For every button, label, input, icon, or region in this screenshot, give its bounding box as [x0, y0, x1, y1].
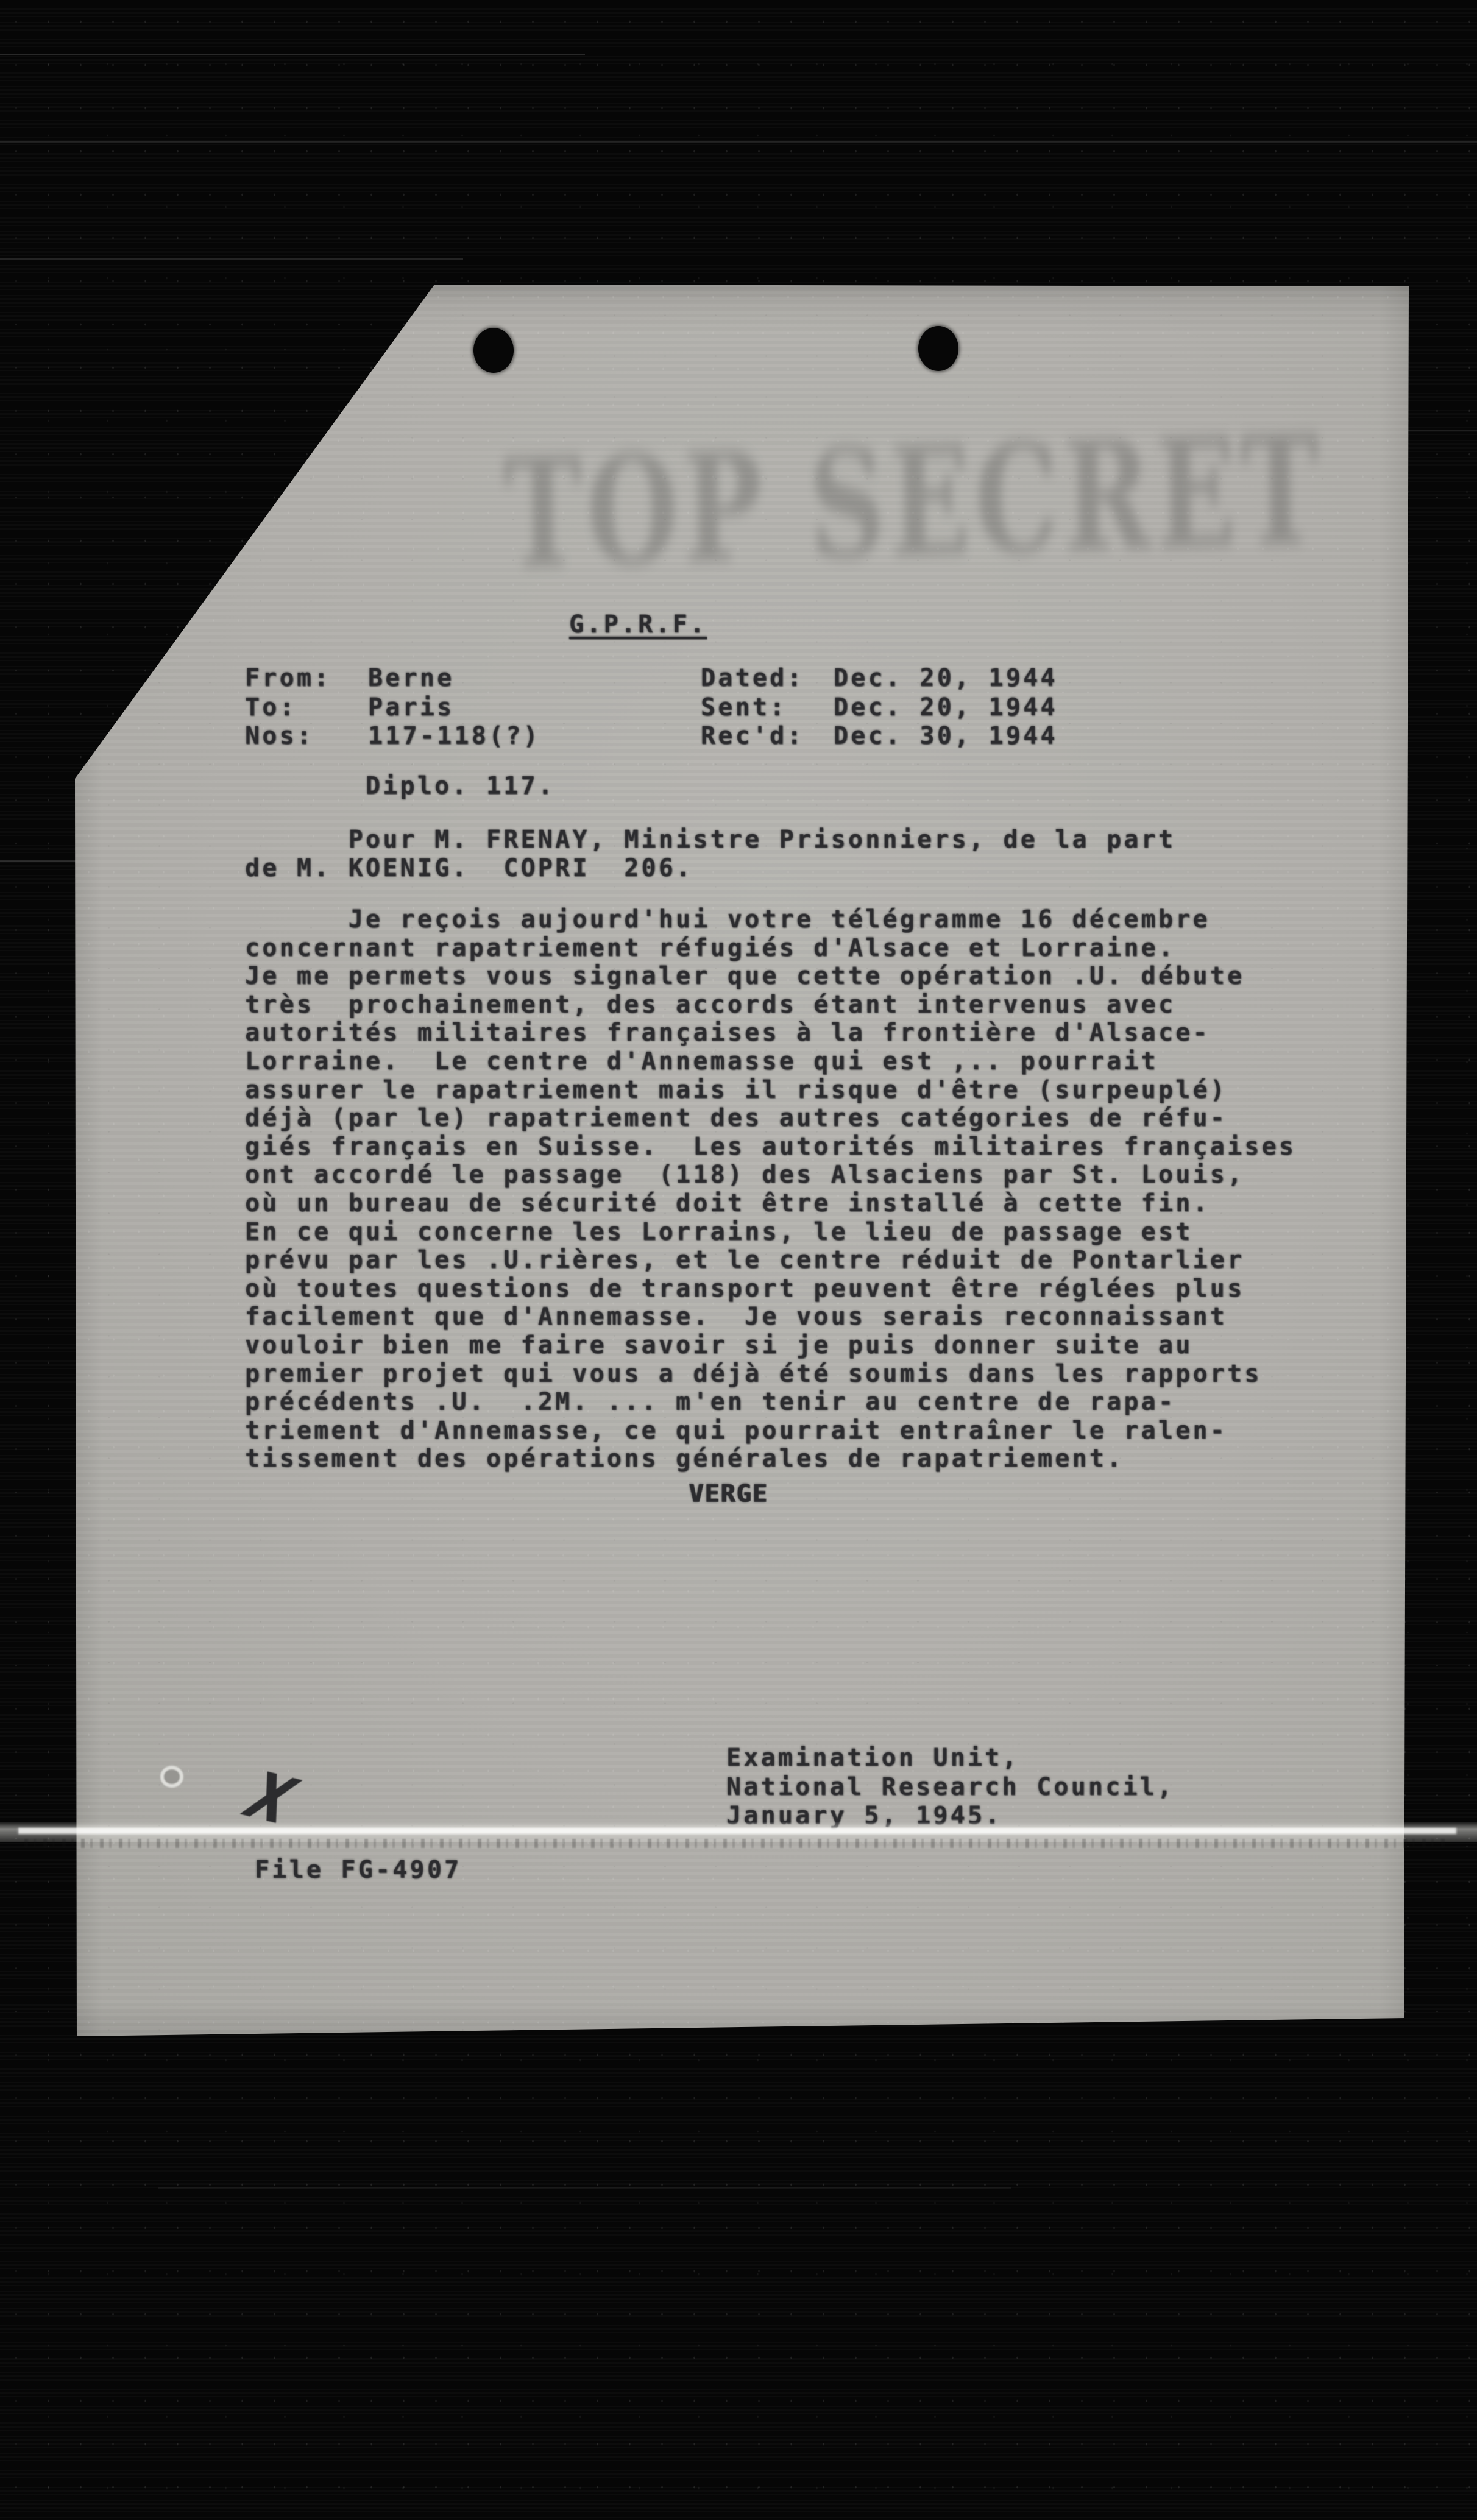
- file-number: File FG-4907: [255, 1856, 461, 1885]
- gprf-heading: G.P.R.F.: [569, 611, 707, 639]
- scratch-line-core: [18, 1828, 1456, 1834]
- film-streak: [0, 141, 1477, 143]
- body-paragraph: Je reçois aujourd'hui votre télégramme 1…: [245, 905, 1296, 1473]
- meta-values-right: Dec. 20, 1944 Dec. 20, 1944 Dec. 30, 194…: [834, 664, 1058, 751]
- punch-hole-left: [473, 328, 514, 373]
- document-scan: TOP SECRET G.P.R.F. From: To: Nos: Berne…: [0, 0, 1477, 2520]
- signature: VERGE: [689, 1480, 768, 1509]
- paper-blemish: [160, 1766, 183, 1788]
- meta-labels-left: From: To: Nos:: [245, 664, 331, 751]
- punch-hole-right: [918, 326, 958, 371]
- film-streak: [0, 258, 463, 260]
- film-streak: [0, 54, 585, 55]
- issuer-block: Examination Unit, National Research Coun…: [726, 1744, 1174, 1831]
- meta-labels-right: Dated: Sent: Rec'd:: [701, 664, 804, 751]
- scratch-line-specks: [24, 1839, 1450, 1848]
- top-secret-stamp: TOP SECRET: [585, 387, 1243, 618]
- film-streak: [158, 2187, 1011, 2189]
- meta-values-left: Berne Paris 117-118(?): [368, 664, 540, 751]
- reference-line: Diplo. 117.: [245, 772, 555, 801]
- salutation: Pour M. FRENAY, Ministre Prisonniers, de…: [245, 826, 1175, 882]
